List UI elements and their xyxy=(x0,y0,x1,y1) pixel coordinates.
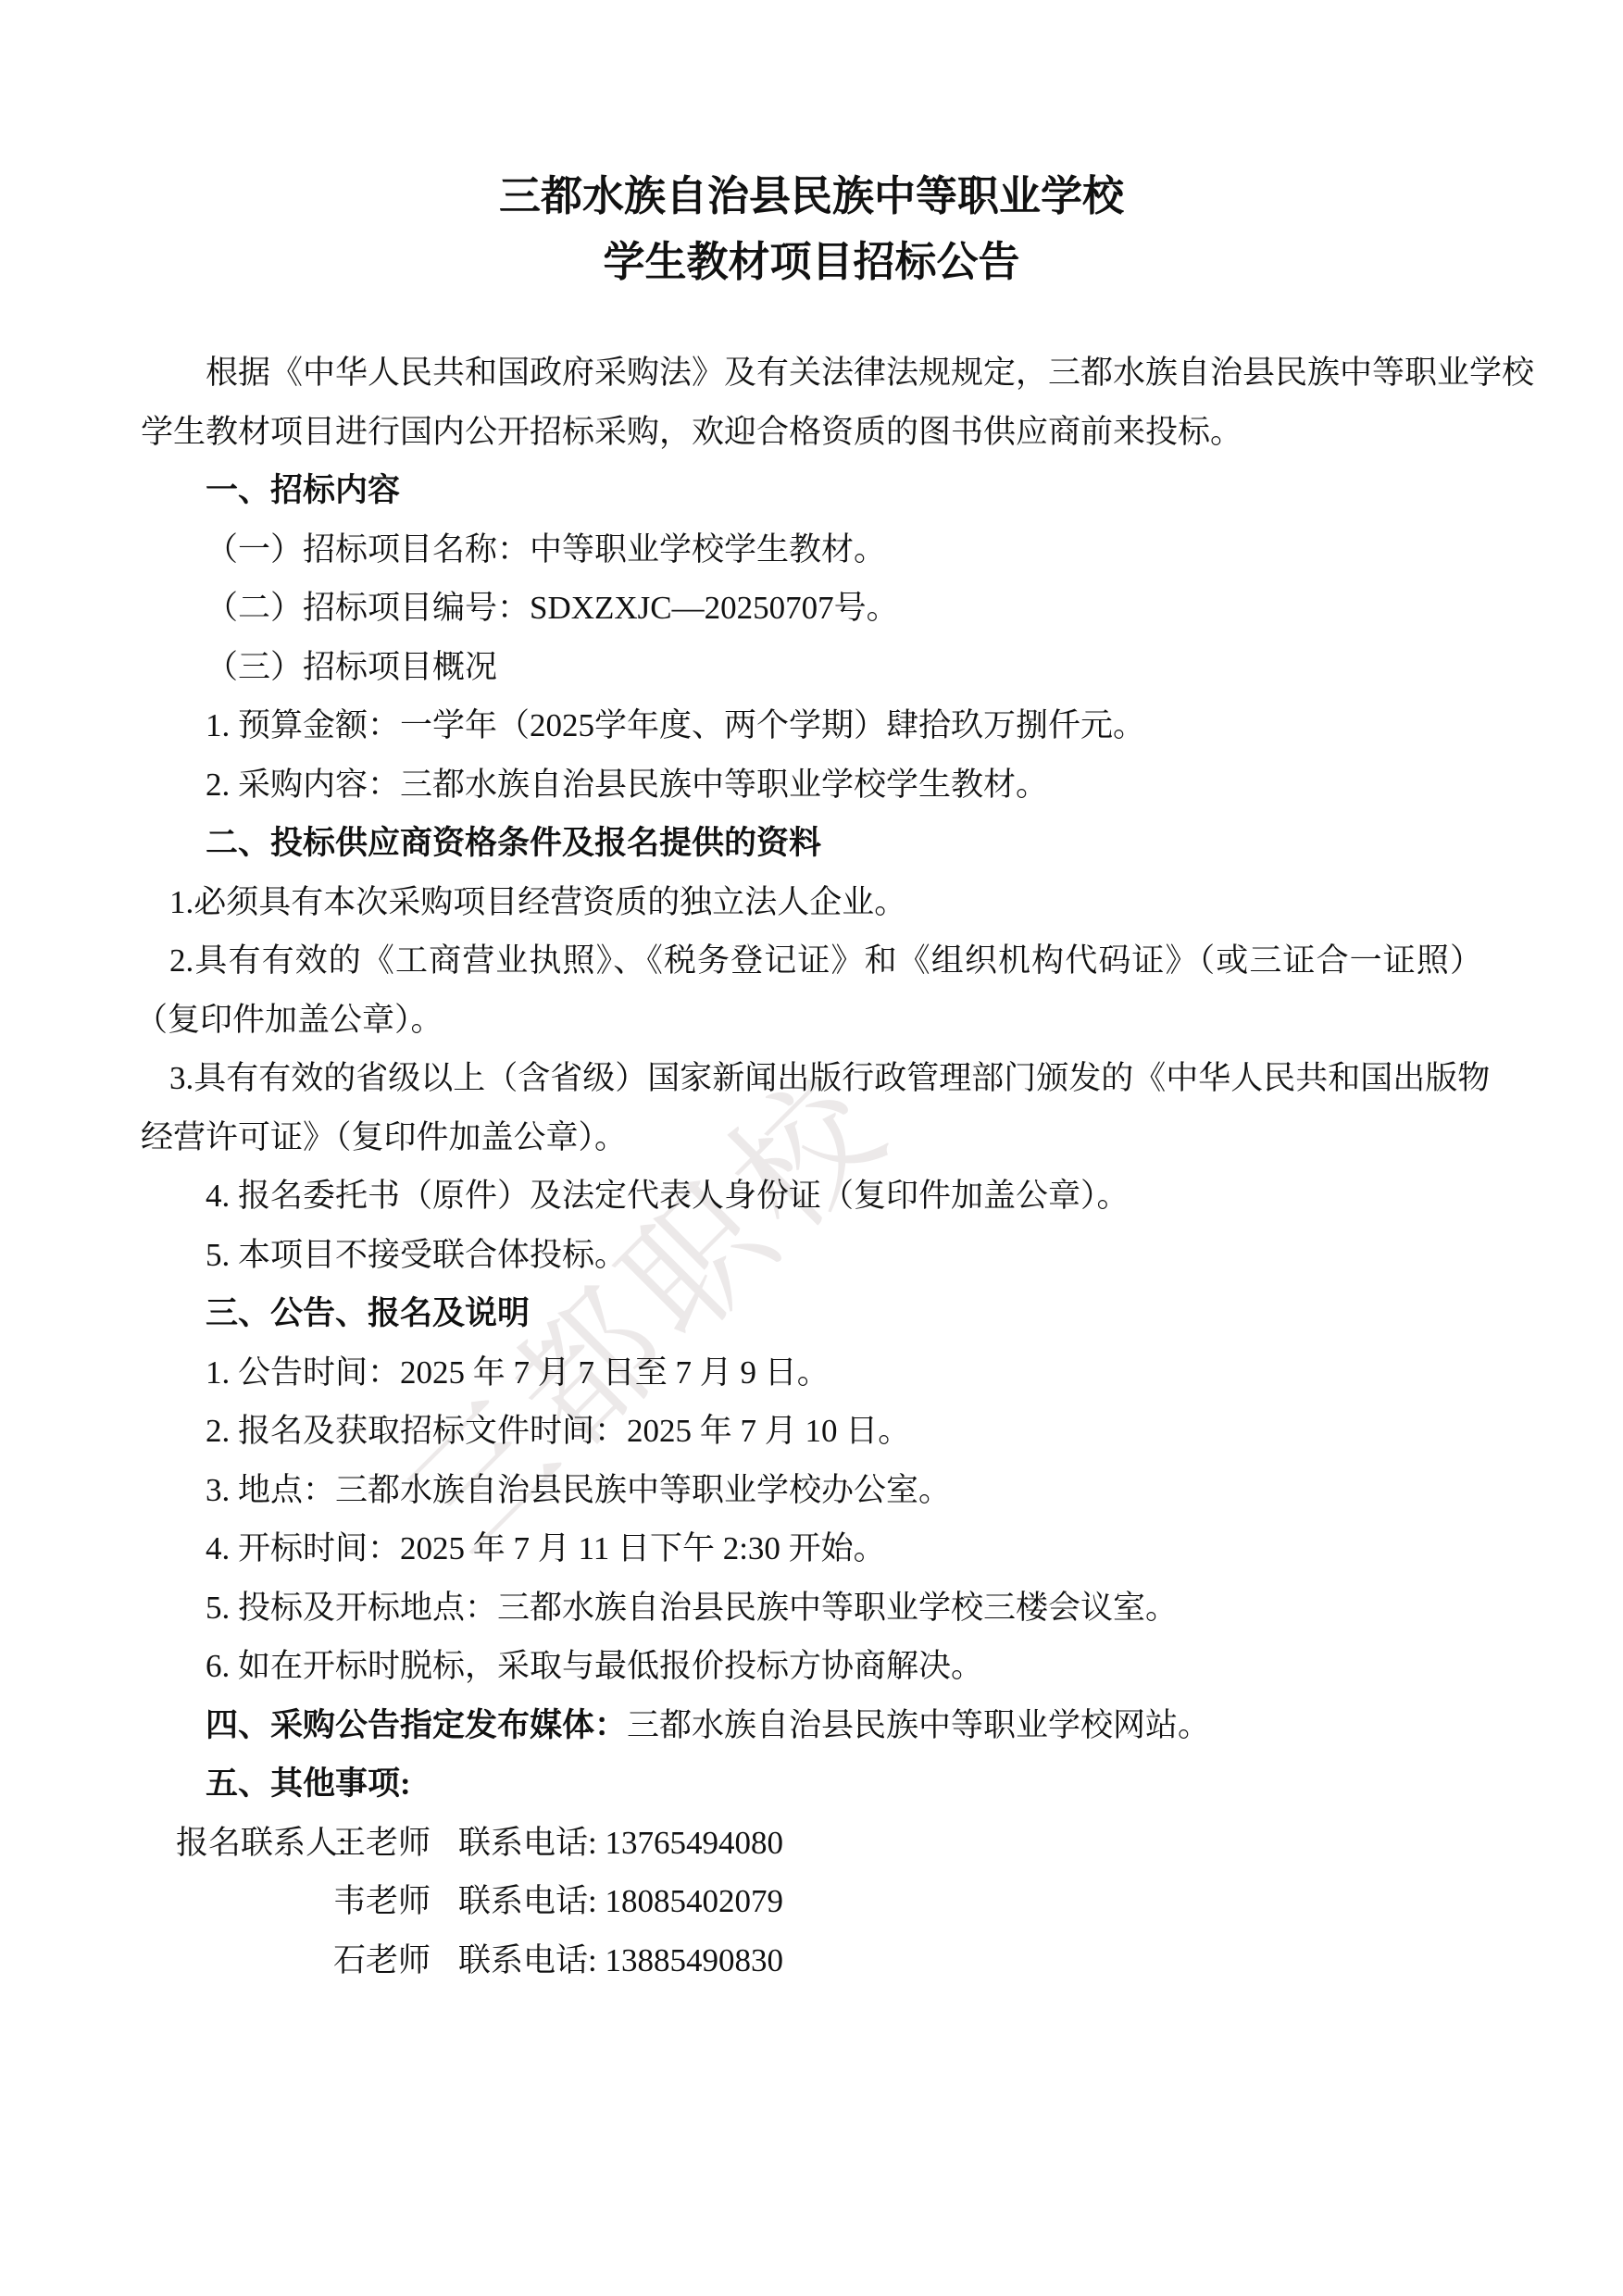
item-bid-failure-handling: 6. 如在开标时脱标，采取与最低报价投标方协商解决。 xyxy=(141,1637,1482,1696)
contact-name-2: 韦老师 xyxy=(333,1872,458,1931)
item-announcement-time: 1. 公告时间：2025 年 7 月 7 日至 7 月 9 日。 xyxy=(141,1343,1482,1403)
contact-row-3: 石老师联系电话: 13885490830 xyxy=(141,1931,1482,1990)
contact-phone-label-3: 联系电话: xyxy=(458,1942,605,1978)
contact-row-1: 报名联系人: 王老师联系电话: 13765494080 xyxy=(141,1814,1482,1873)
item-qualification-5: 5. 本项目不接受联合体投标。 xyxy=(141,1226,1482,1285)
doc-title-line-1: 三都水族自治县民族中等职业学校 xyxy=(141,164,1482,230)
intro-paragraph-line-2: 学生教材项目进行国内公开招标采购，欢迎合格资质的图书供应商前来投标。 xyxy=(141,403,1482,462)
section-heading-3: 三、公告、报名及说明 xyxy=(141,1284,1482,1343)
item-qualification-4: 4. 报名委托书（原件）及法定代表人身份证（复印件加盖公章）。 xyxy=(141,1167,1482,1226)
contact-phone-2: 18085402079 xyxy=(605,1883,783,1919)
contact-phone-label-2: 联系电话: xyxy=(458,1883,605,1919)
item-project-overview: （三）招标项目概况 xyxy=(141,638,1482,697)
contact-phone-1: 13765494080 xyxy=(605,1825,783,1861)
item-qualification-3-line-2: 经营许可证》（复印件加盖公章）。 xyxy=(141,1108,1482,1167)
contact-label: 报名联系人: xyxy=(176,1814,333,1873)
item-registration-time: 2. 报名及获取招标文件时间：2025 年 7 月 10 日。 xyxy=(141,1402,1482,1461)
section-heading-1: 一、招标内容 xyxy=(141,461,1482,520)
item-procurement-content: 2. 采购内容：三都水族自治县民族中等职业学校学生教材。 xyxy=(141,755,1482,815)
media-heading-value: 三都水族自治县民族中等职业学校网站。 xyxy=(627,1707,1210,1743)
media-heading-label: 四、采购公告指定发布媒体： xyxy=(206,1707,627,1743)
section-heading-4: 四、采购公告指定发布媒体：三都水族自治县民族中等职业学校网站。 xyxy=(141,1696,1482,1755)
doc-title-line-2: 学生教材项目招标公告 xyxy=(141,230,1482,295)
item-bid-opening-time: 4. 开标时间：2025 年 7 月 11 日下午 2:30 开始。 xyxy=(141,1519,1482,1578)
item-project-number: （二）招标项目编号：SDXZXJC—20250707号。 xyxy=(141,579,1482,638)
item-qualification-2-line-2: （复印件加盖公章）。 xyxy=(141,991,1482,1050)
item-qualification-2-line-1: 2.具有有效的《工商营业执照》、《税务登记证》和《组织机构代码证》（或三证合一证… xyxy=(141,931,1482,991)
doc-content: 根据《中华人民共和国政府采购法》及有关法律法规规定，三都水族自治县民族中等职业学… xyxy=(141,343,1482,1990)
item-budget: 1. 预算金额：一学年（2025学年度、两个学期）肆拾玖万捌仟元。 xyxy=(141,696,1482,755)
contact-phone-label-1: 联系电话: xyxy=(458,1825,605,1861)
document-page: 三都职校 三都水族自治县民族中等职业学校 学生教材项目招标公告 根据《中华人民共… xyxy=(0,0,1623,2296)
section-heading-2: 二、投标供应商资格条件及报名提供的资料 xyxy=(141,814,1482,873)
doc-title: 三都水族自治县民族中等职业学校 学生教材项目招标公告 xyxy=(141,0,1482,295)
intro-paragraph-line-1: 根据《中华人民共和国政府采购法》及有关法律法规规定，三都水族自治县民族中等职业学… xyxy=(141,343,1482,403)
contact-name-1: 王老师 xyxy=(333,1814,458,1873)
item-qualification-3-line-1: 3.具有有效的省级以上（含省级）国家新闻出版行政管理部门颁发的《中华人民共和国出… xyxy=(141,1049,1482,1108)
contact-row-2: 韦老师联系电话: 18085402079 xyxy=(141,1872,1482,1931)
item-bid-opening-location: 5. 投标及开标地点：三都水族自治县民族中等职业学校三楼会议室。 xyxy=(141,1578,1482,1638)
item-location: 3. 地点：三都水族自治县民族中等职业学校办公室。 xyxy=(141,1461,1482,1520)
contact-name-3: 石老师 xyxy=(333,1931,458,1990)
contact-phone-3: 13885490830 xyxy=(605,1942,783,1978)
item-qualification-1: 1.必须具有本次采购项目经营资质的独立法人企业。 xyxy=(141,873,1482,932)
section-heading-5: 五、其他事项: xyxy=(141,1754,1482,1814)
item-project-name: （一）招标项目名称：中等职业学校学生教材。 xyxy=(141,520,1482,580)
page-body: 三都水族自治县民族中等职业学校 学生教材项目招标公告 根据《中华人民共和国政府采… xyxy=(0,0,1623,1990)
